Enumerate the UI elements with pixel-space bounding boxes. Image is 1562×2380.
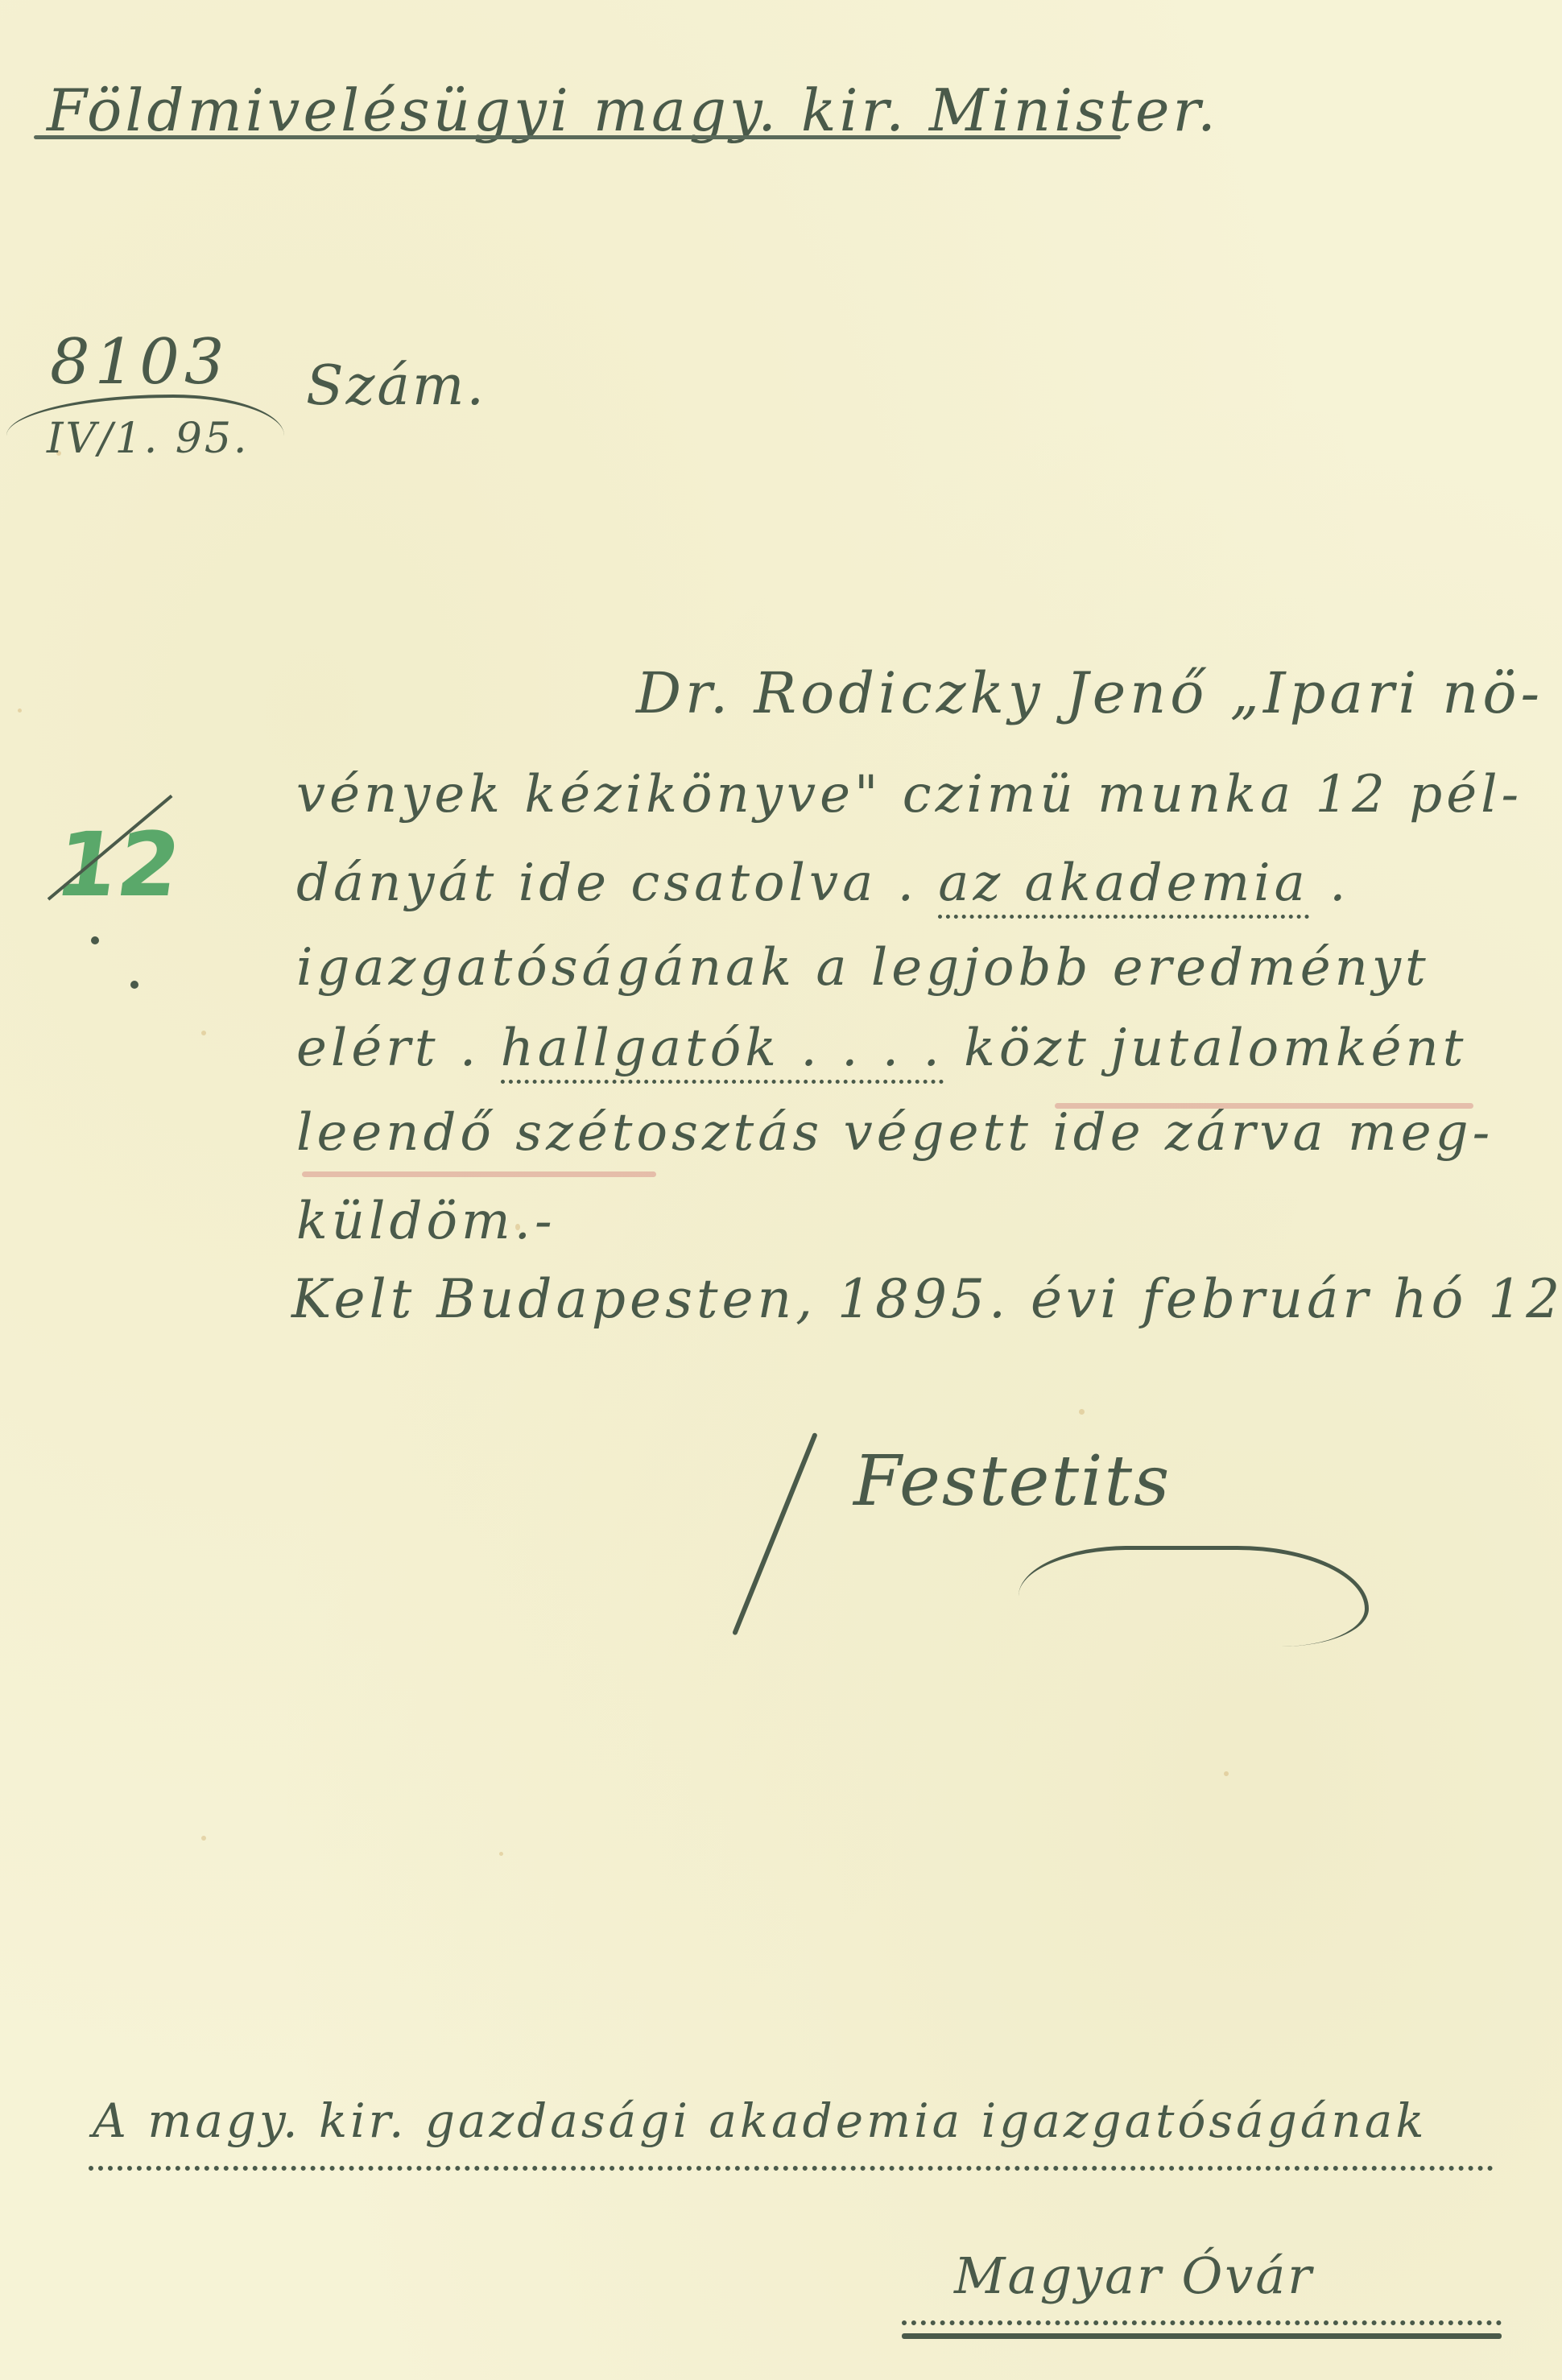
enclosure-mark-dot [130, 981, 138, 989]
body-line-3-part-a: dányát ide csatolva . [296, 853, 918, 913]
enclosure-mark-dot [91, 936, 99, 944]
reference-date-code: IV/1. 95. [47, 415, 249, 463]
recipient-place: Magyar Óvár [954, 2246, 1314, 2305]
ministry-header: Földmivelésügyi magy. kir. Minister. [47, 76, 1219, 144]
body-line-1: Dr. Rodiczky Jenő „Ipari nö- [636, 660, 1543, 726]
document-page: Földmivelésügyi magy. kir. Minister. 810… [0, 0, 1562, 2380]
dotted-phrase-akademia: az akademia [938, 853, 1308, 919]
place-dotted-rule [902, 2320, 1502, 2325]
reference-label: Szám. [306, 354, 486, 418]
paper-stain [18, 709, 22, 713]
body-line-5: elért . hallgatók . . . . közt jutalomké… [296, 1019, 1467, 1078]
recipient-address: A magy. kir. gazdasági akademia igazgató… [93, 2093, 1428, 2148]
reference-number: 8103 [50, 326, 229, 399]
body-line-5-part-c: közt jutalomként [964, 1019, 1467, 1078]
address-dotted-rule [89, 2166, 1494, 2171]
place-underline [902, 2333, 1502, 2339]
body-line-2: vények kézikönyve" czimü munka 12 pél- [296, 765, 1523, 824]
body-line-3: dányát ide csatolva . az akademia . [296, 853, 1349, 913]
dotted-phrase-hallgatok: hallgatók . . . . [501, 1019, 944, 1084]
body-line-5-part-a: elért . [296, 1019, 480, 1078]
body-line-6: leendő szétosztás végett ide zárva meg- [296, 1103, 1494, 1163]
paper-stain [201, 1031, 206, 1035]
body-line-7: küldöm.- [296, 1192, 556, 1251]
body-line-6-part-b: végett ide zárva meg- [844, 1103, 1494, 1163]
paper-stain [1224, 1771, 1229, 1776]
body-line-6-part-a: leendő szétosztás [296, 1103, 823, 1163]
body-line-4: igazgatóságának a legjobb eredményt [296, 938, 1430, 998]
body-line-3-part-c: . [1329, 853, 1349, 913]
margin-count-green: 12 [49, 813, 187, 916]
signature-flourish [1019, 1546, 1369, 1647]
header-underline [34, 135, 1121, 139]
paper-stain [201, 1836, 206, 1841]
signature: Festetits [853, 1441, 1171, 1522]
signature-downstroke [732, 1432, 818, 1636]
paper-stain [1079, 1409, 1085, 1415]
red-pencil-underline [302, 1171, 656, 1177]
paper-stain [499, 1852, 503, 1856]
dateline: Kelt Budapesten, 1895. évi február hó 12… [291, 1268, 1562, 1330]
